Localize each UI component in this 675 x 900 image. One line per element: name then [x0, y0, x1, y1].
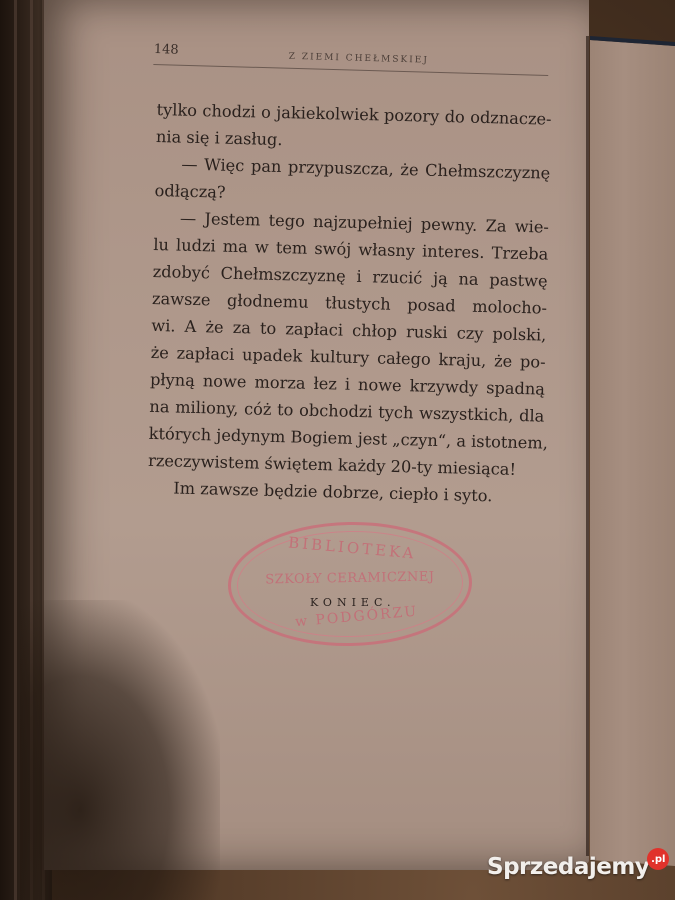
watermark-badge-icon: .pl — [647, 848, 669, 870]
hand-shadow — [20, 600, 220, 900]
book-photo: 148 Z ZIEMI CHEŁMSKIEJ tylko chodzi o ja… — [0, 0, 675, 900]
end-mark: KONIEC. — [310, 596, 395, 609]
spine-edge — [14, 0, 17, 900]
body-text: tylko chodzi o jakiekolwiek pozory do od… — [147, 96, 552, 511]
facing-page — [590, 36, 675, 866]
page-number: 148 — [154, 42, 179, 58]
watermark-logo: Sprzedajemy .pl — [487, 848, 669, 884]
watermark-text: Sprzedajemy — [487, 854, 649, 880]
running-head: Z ZIEMI CHEŁMSKIEJ — [289, 52, 430, 66]
page-gutter — [586, 36, 589, 856]
